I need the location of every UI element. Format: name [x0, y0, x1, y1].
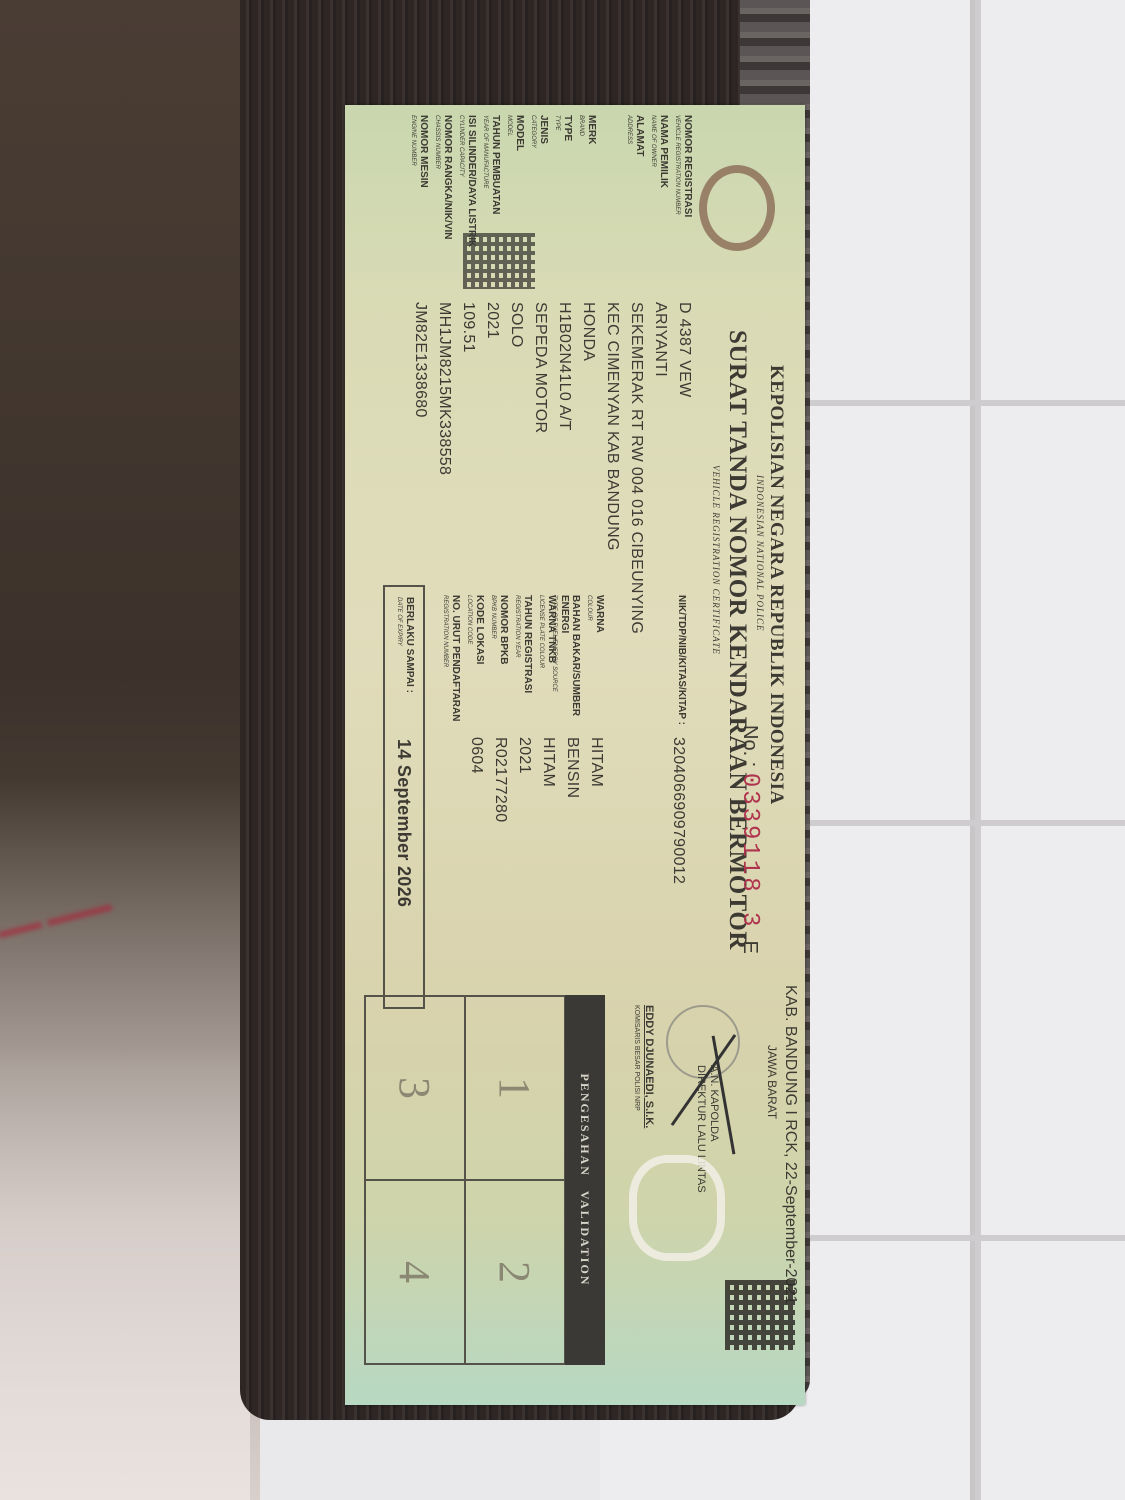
- agency-name: KEPOLISIAN NEGARA REPUBLIK INDONESIA: [765, 365, 787, 805]
- field-row: KEC CIMENYAN KAB BANDUNG: [603, 105, 621, 551]
- field-row: ALAMATADDRESSSEKEMERAK RT RW 004 016 CIB…: [623, 105, 645, 634]
- field-row: NO. URUT PENDAFTARANREGISTRATION NUMBER: [439, 585, 461, 737]
- field-row: NOMOR MESINENGINE NUMBERJM82E1338680: [407, 105, 429, 418]
- field-row: NOMOR RANGKA/NIK/VINCHASSIS NUMBERMH1JM8…: [431, 105, 453, 475]
- field-row: WARNACOLOURHITAM: [583, 585, 605, 787]
- serial-number: No. : 0339118 3 .E: [736, 725, 763, 954]
- tile-grout: [975, 0, 981, 1500]
- field-row: NOMOR REGISTRASIVEHICLE REGISTRATION NUM…: [671, 105, 693, 397]
- field-row: MODELMODELSOLO: [503, 105, 525, 348]
- document-title-en: VEHICLE REGISTRATION CERTIFICATE: [711, 465, 721, 655]
- registration-certificate: KEPOLISIAN NEGARA REPUBLIK INDONESIA IND…: [335, 105, 805, 1405]
- field-row: TAHUN PEMBUATANYEAR OF MANUFACTURE2021: [479, 105, 501, 339]
- qr-code-icon: [463, 233, 535, 289]
- field-row: ISI SILINDER/DAYA LISTRIKCYLINDER CAPACI…: [455, 105, 477, 353]
- nik-field: NIK/TDP/NIB/KITAS/KITAP : 32040669097900…: [669, 585, 687, 884]
- field-row: MERKBRANDHONDA: [575, 105, 597, 361]
- issue-place-date: KAB. BANDUNG I RCK, 22-September-2021: [781, 985, 799, 1304]
- validation-cell: 3: [365, 996, 465, 1180]
- field-row: NOMOR BPKBBPKB NUMBERR02177280: [487, 585, 509, 822]
- qr-code-icon: [725, 1280, 795, 1350]
- police-emblem-icon: [699, 165, 775, 251]
- validation-cell: 1: [465, 996, 565, 1180]
- validation-table: PENGESAHAN VALIDATION 1 2 3 4: [365, 995, 605, 1365]
- field-row: TAHUN REGISTRASIREGISTRATION YEAR2021: [511, 585, 533, 774]
- stnk-emblem-icon: [629, 1155, 725, 1261]
- validation-header: PENGESAHAN VALIDATION: [565, 995, 605, 1365]
- agency-name-en: INDONESIAN NATIONAL POLICE: [755, 475, 765, 632]
- field-row: NAMA PEMILIKNAME OF OWNERARIYANTI: [647, 105, 669, 377]
- validation-cell: 2: [465, 1180, 565, 1364]
- issue-region: JAWA BARAT: [765, 1045, 779, 1119]
- field-row: KODE LOKASILOCATION CODE0604: [463, 585, 485, 774]
- valid-until: BERLAKU SAMPAI :DATE OF EXPIRY 14 Septem…: [383, 585, 425, 1009]
- field-row: TYPETYPEH1B02N41L0 A/T: [551, 105, 573, 431]
- validation-cell: 4: [365, 1180, 465, 1364]
- field-row: WARNA TNKBLICENSE PLATE COLOURHITAM: [535, 585, 557, 787]
